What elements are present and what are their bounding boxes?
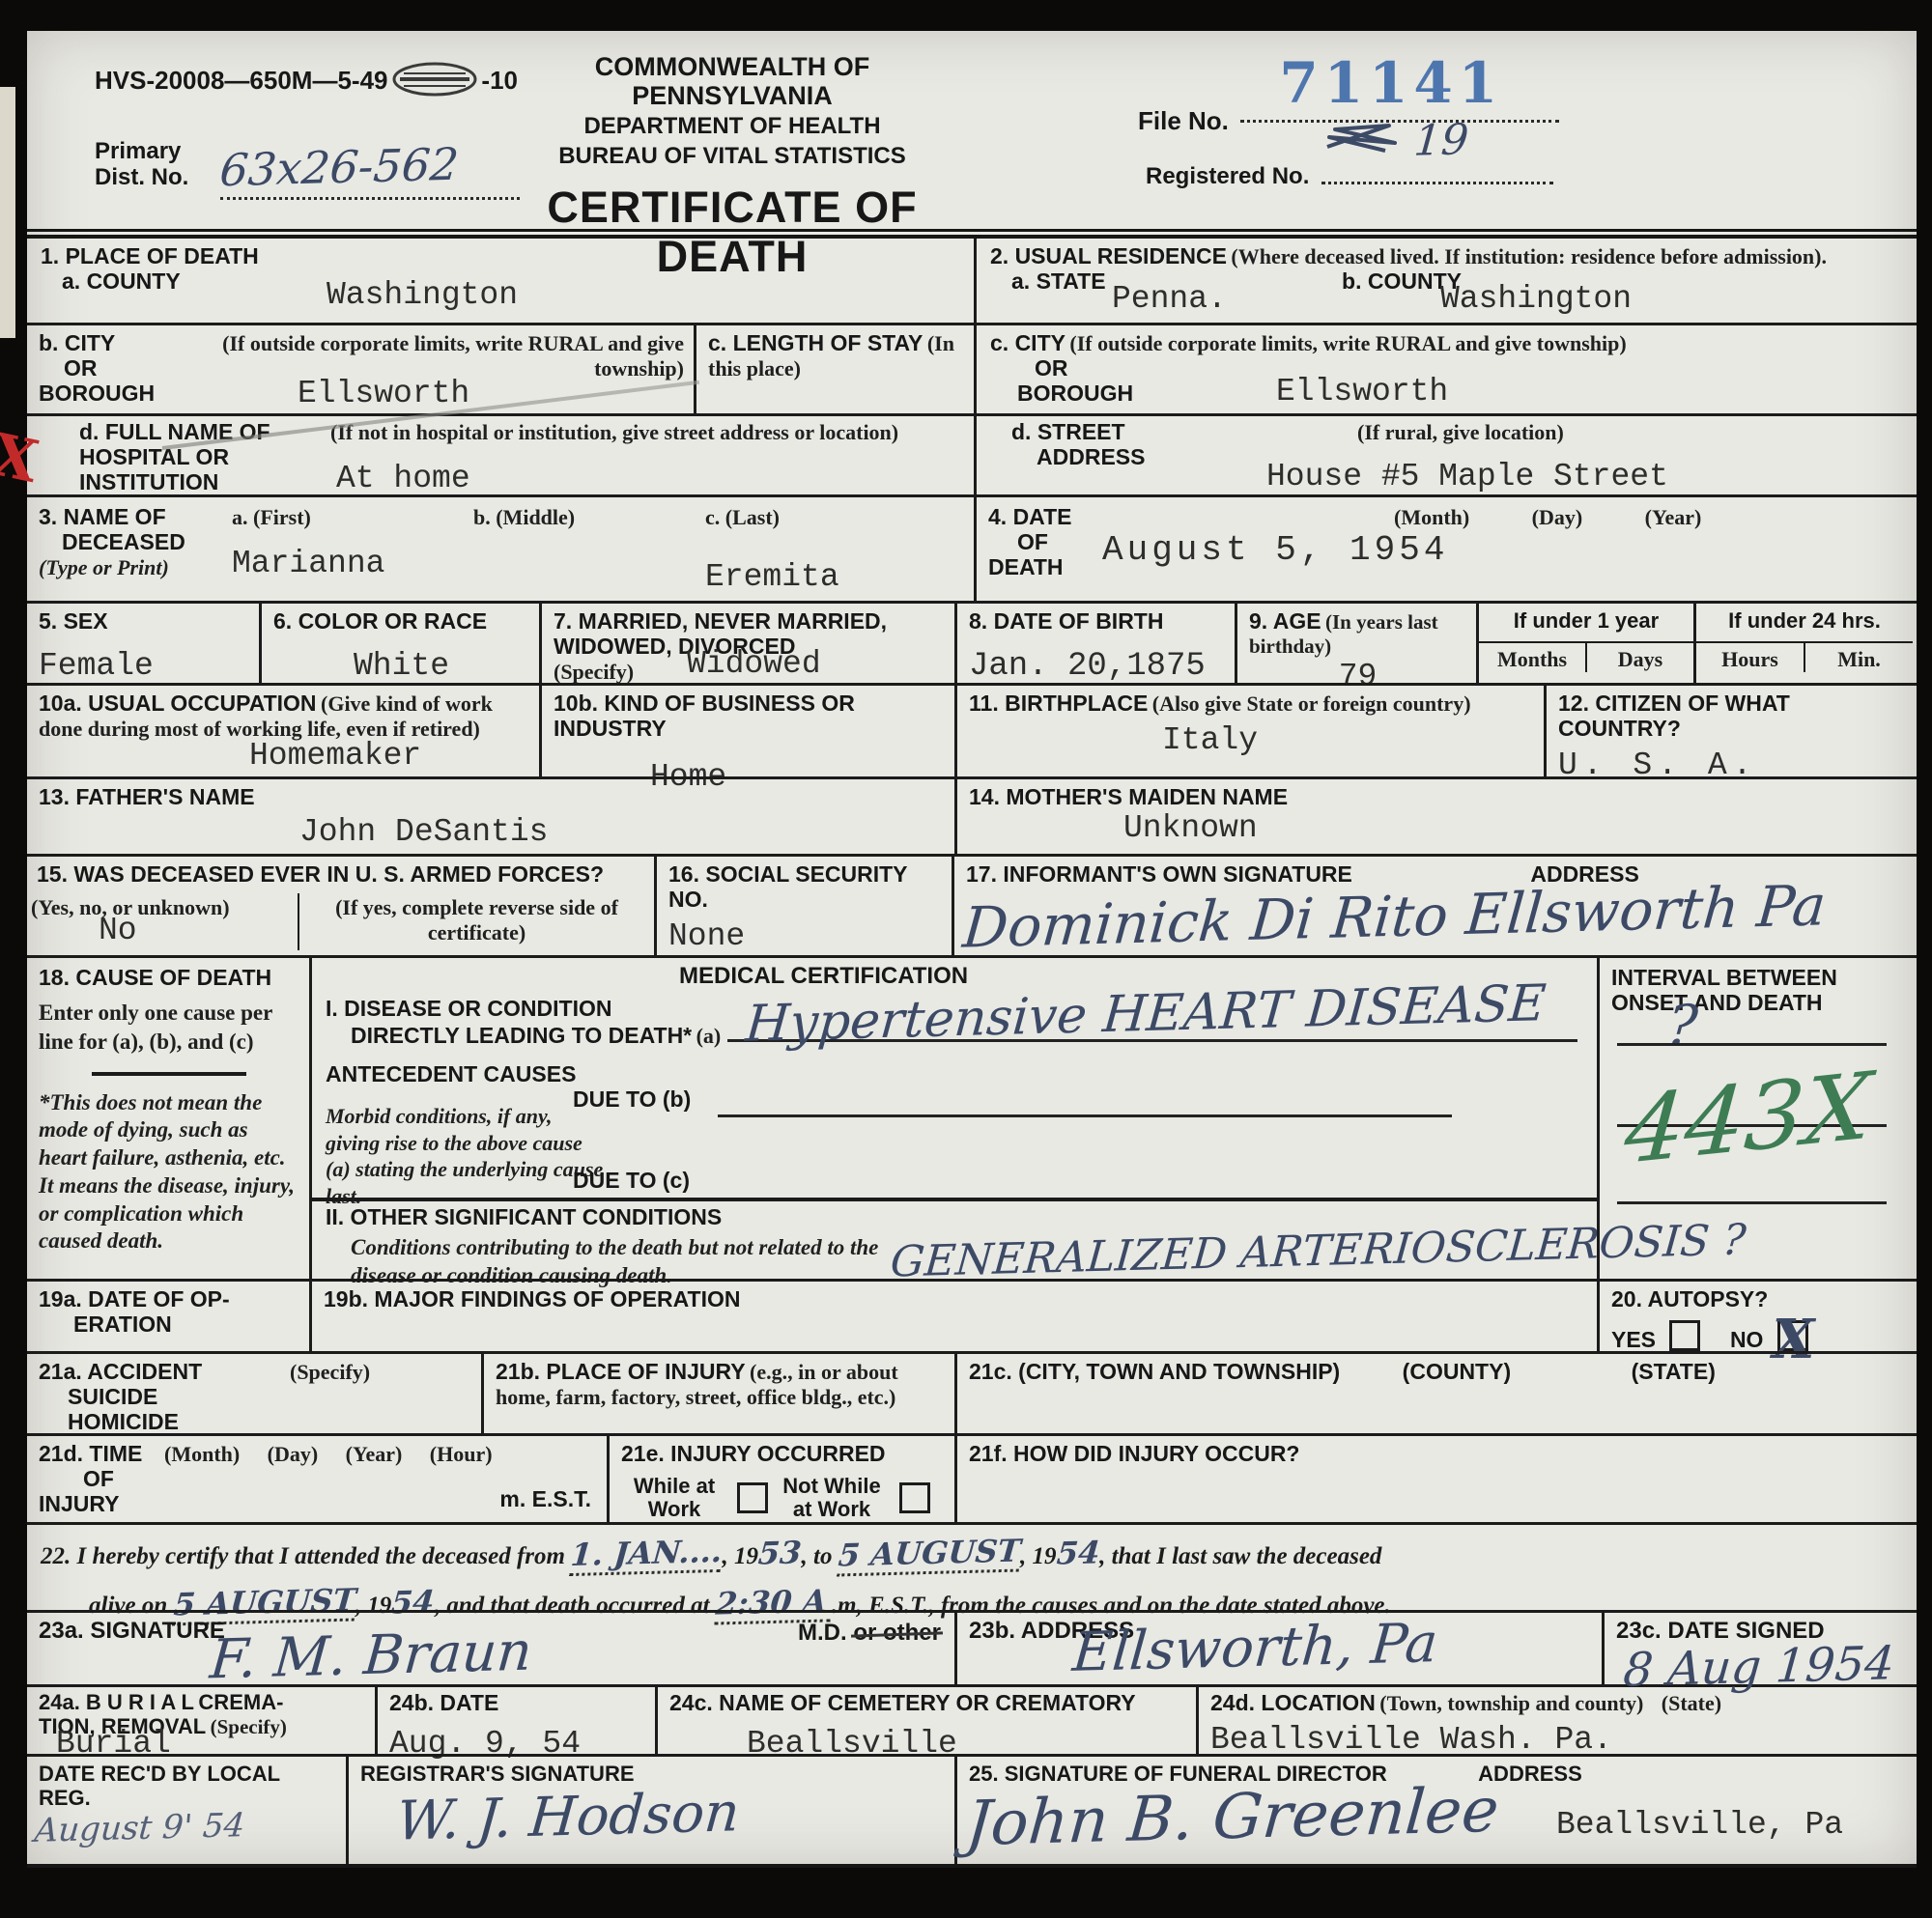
primary-dist-value: 63x26-562: [218, 138, 461, 196]
field-street-label: d. STREETADDRESS: [1011, 420, 1145, 470]
field-autopsy-label: 20. AUTOPSY?: [1611, 1287, 1892, 1312]
field-injury-state-label: (STATE): [1632, 1359, 1716, 1384]
while-at-work-checkbox: [737, 1482, 768, 1513]
interval-code-value: 443X: [1621, 1052, 1875, 1185]
physician-address-value: Ellsworth, Pa: [1070, 1612, 1440, 1684]
due-to-c-label: DUE TO (c): [573, 1168, 690, 1193]
certificate-form: 1. PLACE OF DEATH a. COUNTY Washington b…: [27, 235, 1917, 1868]
while-at-work-label: While atWork: [621, 1475, 727, 1522]
field-birthplace-label: 11. BIRTHPLACE: [969, 691, 1148, 716]
physician-signature: F. M. Braun: [208, 1621, 534, 1692]
field-date-of-operation-label: 19a. DATE OF OP-ERATION: [39, 1287, 299, 1338]
autopsy-no-label: NO: [1730, 1327, 1764, 1352]
certificate-paper: HVS-20008—650M—5-49 -10 PrimaryDist. No.…: [27, 31, 1917, 1868]
interval-a-value: ?: [1664, 993, 1700, 1059]
certificate-header: HVS-20008—650M—5-49 -10 PrimaryDist. No.…: [27, 31, 1917, 235]
field-length-of-stay-label: c. LENGTH OF STAY: [708, 330, 923, 355]
field-race-value: White: [273, 648, 529, 684]
field-mother-value: Unknown: [1123, 810, 1907, 846]
field-armed-forces-label: 15. WAS DECEASED EVER IN U. S. ARMED FOR…: [27, 862, 654, 888]
not-while-at-work-label: Not Whileat Work: [774, 1475, 890, 1522]
field-min-label: Min.: [1805, 643, 1913, 672]
date-signed-value: 8 Aug 1954: [1621, 1636, 1896, 1697]
field-est-label: m. E.S.T.: [499, 1487, 591, 1512]
registrar-signature: W. J. Hodson: [394, 1781, 742, 1852]
cert-text-4: , 19: [1020, 1543, 1057, 1569]
field-ssn-value: None: [668, 918, 942, 954]
field-dob-label: 8. DATE OF BIRTH: [969, 609, 1225, 635]
field-injury-city-label: 21c. (CITY, TOWN AND TOWNSHIP): [969, 1359, 1340, 1384]
field-armed-forces-paren2: (If yes, complete reverse side of certif…: [299, 893, 654, 950]
cert-from-year: 53: [756, 1534, 803, 1571]
field-city-value: Ellsworth: [298, 376, 469, 411]
field-mother-label: 14. MOTHER'S MAIDEN NAME: [969, 785, 1907, 810]
registered-no-blank: 19: [1321, 145, 1553, 184]
field-date-of-death-cols: (Month) (Day) (Year): [1394, 505, 1907, 530]
field-industry-label: 10b. KIND OF BUSINESS OR INDUSTRY: [554, 691, 945, 742]
bureau-line: BUREAU OF VITAL STATISTICS: [510, 144, 954, 170]
field-sex-value: Female: [39, 648, 249, 684]
cert-text-1: 22. I hereby certify that I attended the…: [41, 1543, 565, 1569]
field-hours-label: Hours: [1696, 643, 1805, 672]
field-birthplace-paren: (Also give State or foreign country): [1152, 691, 1471, 716]
interval-line-3: [1617, 1201, 1887, 1204]
field-accident-label: 21a. ACCIDENTSUICIDEHOMICIDE: [39, 1360, 202, 1434]
field-signature-label: 23a. SIGNATURE: [39, 1618, 225, 1644]
cert-to-year: 54: [1055, 1534, 1101, 1571]
registered-no-label: Registered No.: [1146, 163, 1309, 189]
field-injury-county-label: (COUNTY): [1403, 1359, 1511, 1384]
scanned-death-certificate: HVS-20008—650M—5-49 -10 PrimaryDist. No.…: [0, 0, 1932, 1918]
field-father-value: John DeSantis: [299, 814, 945, 850]
funeral-director-signature: John B. Greenlee: [963, 1775, 1501, 1860]
date-recd-value: August 9' 54: [33, 1806, 246, 1850]
field-name-title: 3. NAME OF DECEASED (Type or Print): [39, 505, 232, 599]
field-residence-paren: (Where deceased lived. If institution: r…: [1231, 244, 1827, 268]
field-state-value: Penna.: [1112, 281, 1227, 317]
field-burial-date-label: 24b. DATE: [389, 1691, 645, 1716]
cert-from-value: 1. JAN....: [569, 1533, 724, 1576]
cert-text-2: , 19: [723, 1543, 759, 1569]
field-informant-label: 17. INFORMANT'S OWN SIGNATURE: [966, 861, 1352, 887]
field-res-city-value: Ellsworth: [1276, 374, 1448, 409]
autopsy-yes-checkbox: [1669, 1320, 1700, 1351]
union-printing-stamp-icon: [392, 62, 477, 97]
field-street-value: House #5 Maple Street: [1266, 459, 1668, 494]
funeral-director-address-value: Beallsville, Pa: [1556, 1807, 1843, 1843]
field-res-county-value: Washington: [1440, 281, 1632, 317]
field-dob-value: Jan. 20,1875: [969, 648, 1225, 685]
field-residence-title: 2. USUAL RESIDENCE: [990, 243, 1227, 268]
disease-condition-line1: I. DISEASE OR CONDITION: [326, 997, 611, 1022]
field-under-1-year: If under 1 year Months Days: [1476, 604, 1693, 683]
cause-of-death-title: 18. CAUSE OF DEATH: [39, 966, 299, 991]
field-name-first: a. (First) Marianna: [232, 505, 473, 599]
field-cemetery-label: 24c. NAME OF CEMETERY OR CREMATORY: [669, 1691, 1186, 1716]
cause-note-1: Enter only one cause per line for (a), (…: [39, 999, 299, 1057]
or-other-struck: or other: [853, 1620, 941, 1646]
field-citizen-label: 12. CITIZEN OF WHAT COUNTRY?: [1558, 691, 1904, 742]
page-edge-sliver: [0, 87, 15, 338]
field-birthplace-value: Italy: [1162, 722, 1534, 758]
field-time-of-injury-cols: (Month) (Day) (Year) (Hour): [164, 1442, 597, 1467]
field-name-last: c. (Last) Eremita: [705, 505, 956, 599]
field-months-label: Months: [1479, 643, 1587, 672]
form-number: HVS-20008—650M—5-49: [95, 66, 388, 95]
ink-scribble-mark: [1321, 118, 1405, 156]
disease-condition-line2: DIRECTLY LEADING TO DEATH*: [351, 1023, 692, 1048]
field-occupation-label: 10a. USUAL OCCUPATION: [39, 691, 317, 716]
cert-text-3: , to: [802, 1543, 833, 1569]
field-date-of-death-value: August 5, 1954: [1102, 530, 1448, 570]
field-res-city-label2: ORBOROUGH: [1035, 356, 1907, 407]
cause-b-line: [718, 1114, 1452, 1117]
antecedent-causes-label: ANTECEDENT CAUSES: [326, 1062, 576, 1087]
field-race-label: 6. COLOR OR RACE: [273, 609, 529, 635]
file-no-value: 71141: [1279, 50, 1503, 116]
autopsy-no-checkbox: X: [1777, 1320, 1808, 1351]
field-city-paren: (If outside corporate limits, write RURA…: [184, 331, 684, 381]
field-under-24-hrs: If under 24 hrs. Hours Min.: [1693, 604, 1913, 683]
field-county-value: Washington: [327, 277, 518, 313]
interval-line-1: [1617, 1043, 1887, 1046]
field-state-label: a. STATE: [1011, 268, 1106, 294]
field-place-of-death-title: 1. PLACE OF DEATH: [41, 244, 964, 269]
field-marital-value: Widowed: [687, 646, 821, 682]
field-street-paren: (If rural, give location): [1357, 420, 1907, 445]
field-place-of-injury-label: 21b. PLACE OF INJURY: [496, 1359, 746, 1384]
field-hospital-value: At home: [336, 461, 470, 496]
field-occupation-value: Homemaker: [249, 738, 421, 774]
field-res-city-label: c. CITY: [990, 330, 1065, 355]
file-no-blank: 71141: [1240, 77, 1559, 123]
interval-label: INTERVAL BETWEENONSET AND DEATH: [1611, 966, 1892, 1016]
field-name-middle: b. (Middle): [473, 505, 705, 599]
cause-note-2: *This does not mean the mode of dying, s…: [39, 1089, 299, 1256]
primary-dist-blank: 63x26-562: [220, 147, 520, 200]
other-conditions-label: II. OTHER SIGNIFICANT CONDITIONS: [326, 1205, 722, 1230]
file-no-label: File No.: [1138, 106, 1229, 135]
field-city-label: b. CITYORBOROUGH: [39, 331, 155, 406]
autopsy-yes-label: YES: [1611, 1327, 1656, 1352]
field-res-city-paren: (If outside corporate limits, write RURA…: [1069, 331, 1626, 355]
commonwealth-line: COMMONWEALTH OF PENNSYLVANIA: [510, 52, 954, 110]
field-date-of-death-title: 4. DATE OF DEATH: [988, 505, 1104, 579]
field-days-label: Days: [1587, 643, 1693, 672]
field-burial-location-value: Beallsville Wash. Pa.: [1210, 1722, 1902, 1758]
field-ssn-label: 16. SOCIAL SECURITY NO.: [668, 862, 942, 913]
medical-certification-title: MEDICAL CERTIFICATION: [679, 964, 968, 990]
field-accident-paren: (Specify): [290, 1360, 471, 1385]
field-age-label: 9. AGE: [1249, 608, 1321, 634]
registered-no-value: 19: [1412, 115, 1470, 165]
not-while-at-work-checkbox: [899, 1482, 930, 1513]
cert-to-value: 5 AUGUST: [837, 1533, 1022, 1577]
cert-text-5: , that I last saw the deceased: [1099, 1543, 1381, 1569]
note-divider: [92, 1072, 246, 1076]
morbid-note: Morbid conditions, if any, giving rise t…: [326, 1103, 606, 1209]
field-marital-paren: (Specify): [554, 660, 634, 684]
md-or-other-label: M.D. or other: [798, 1621, 941, 1647]
field-burial-location-label: 24d. LOCATION: [1210, 1690, 1376, 1715]
cause-a-label: (a): [696, 1024, 722, 1048]
field-sex-label: 5. SEX: [39, 609, 249, 635]
field-date-recd-label: DATE REC'D BY LOCALREG.: [39, 1763, 336, 1810]
field-hospital-paren: (If not in hospital or institution, give…: [330, 420, 964, 445]
field-father-label: 13. FATHER'S NAME: [39, 785, 945, 810]
field-time-of-injury-label: 21d. TIMEOFINJURY: [39, 1442, 142, 1516]
certification-statement: 22. I hereby certify that I attended the…: [27, 1522, 1917, 1610]
department-line: DEPARTMENT OF HEALTH: [510, 114, 954, 140]
field-injury-occurred-label: 21e. INJURY OCCURRED: [621, 1442, 945, 1467]
cause-section-divider: [312, 1198, 1597, 1201]
field-hospital-label: d. FULL NAME OFHOSPITAL ORINSTITUTION: [79, 420, 270, 494]
field-how-injury-label: 21f. HOW DID INJURY OCCUR?: [969, 1442, 1892, 1467]
field-findings-label: 19b. MAJOR FINDINGS OF OPERATION: [324, 1287, 1587, 1312]
field-burial-location-paren: (Town, township and county): [1379, 1691, 1643, 1715]
